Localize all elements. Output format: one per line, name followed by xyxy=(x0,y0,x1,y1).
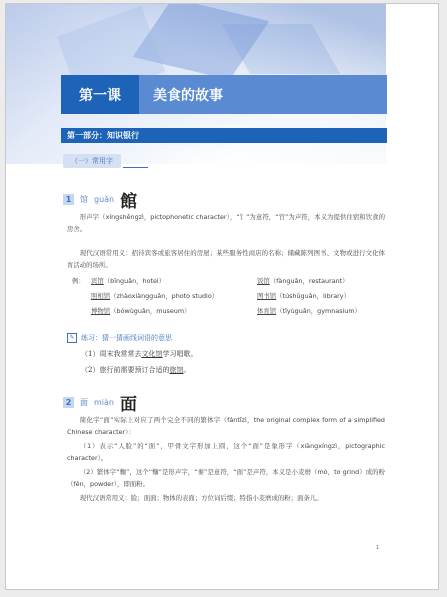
paragraph: （2）繁体字“麵”，这个“麵”是形声字，“麥”是意符，“面”是声符，本义是小麦磨… xyxy=(67,466,385,490)
page-number: 1 xyxy=(376,545,379,551)
character-hanzi: 面 xyxy=(80,397,88,408)
example-item: 图书馆（túshūguǎn，library） xyxy=(257,291,350,300)
subsection-label: （一）常用字 xyxy=(63,154,121,168)
lesson-number: 第一课 xyxy=(61,75,139,114)
example-item: 宾馆（bīnguǎn，hotel） xyxy=(91,276,165,285)
paragraph: 形声字（xíngshēngzì，pictophonetic character）… xyxy=(67,211,385,235)
example-item: 饭馆（fànguǎn，restaurant） xyxy=(257,276,349,285)
practice-item: （2）旅行前需要预订合适的旅馆。 xyxy=(81,365,190,375)
example-item: 照相馆（zhàoxiàngguǎn，photo studio） xyxy=(91,291,218,300)
practice-item: （1）周末我常常去文化馆学习唱歌。 xyxy=(81,349,197,359)
paragraph: 现代汉语常用义：招待宾客或旅客居住的房屋；某些服务性商店的名称；储藏陈列图书、文… xyxy=(67,247,385,271)
subsection-rule xyxy=(123,167,148,168)
pencil-edit-icon: ✎ xyxy=(67,333,77,343)
paragraph: 简化字“面”实际上对应了两个完全不同的繁体字（fántǐzì，the origi… xyxy=(67,414,385,438)
practice-heading: ✎ 练习：猜一猜画线词语的意思 xyxy=(67,333,172,343)
part-heading: 第一部分：知识银行 xyxy=(61,128,387,143)
character-heading: 2 面 miàn 面 xyxy=(63,390,137,415)
character-pinyin: guǎn xyxy=(94,195,114,204)
example-item: 博物馆（bówùguǎn，museum） xyxy=(91,306,190,315)
decorative-polygon xyxy=(222,24,341,74)
lesson-banner: 第一课 美食的故事 xyxy=(61,75,387,114)
lesson-title: 美食的故事 xyxy=(139,75,387,114)
character-index-badge: 2 xyxy=(63,397,74,408)
example-item: 体育馆（tǐyùguǎn，gymnasium） xyxy=(257,306,361,315)
character-index-badge: 1 xyxy=(63,194,74,205)
seal-script-icon: 館 xyxy=(120,187,137,212)
character-heading: 1 馆 guǎn 館 xyxy=(63,187,137,212)
character-hanzi: 馆 xyxy=(80,194,88,205)
paragraph: 现代汉语常用义：脸；面面；物体的表面；方位词后缀；特指小麦磨成的粉；面条儿。 xyxy=(67,492,385,504)
document-page: 第一课 美食的故事 第一部分：知识银行 （一）常用字 1 馆 guǎn 館 形声… xyxy=(5,3,439,590)
paragraph: （1）表示“人脸”的“面”，甲骨文字形加上圆，这个“面”是象形字（xiàngxí… xyxy=(67,440,385,464)
character-pinyin: miàn xyxy=(94,398,114,407)
examples-label: 例： xyxy=(72,276,85,285)
practice-heading-text: 练习：猜一猜画线词语的意思 xyxy=(81,333,172,343)
seal-script-icon: 面 xyxy=(120,390,137,415)
subsection-heading: （一）常用字 xyxy=(63,154,148,168)
